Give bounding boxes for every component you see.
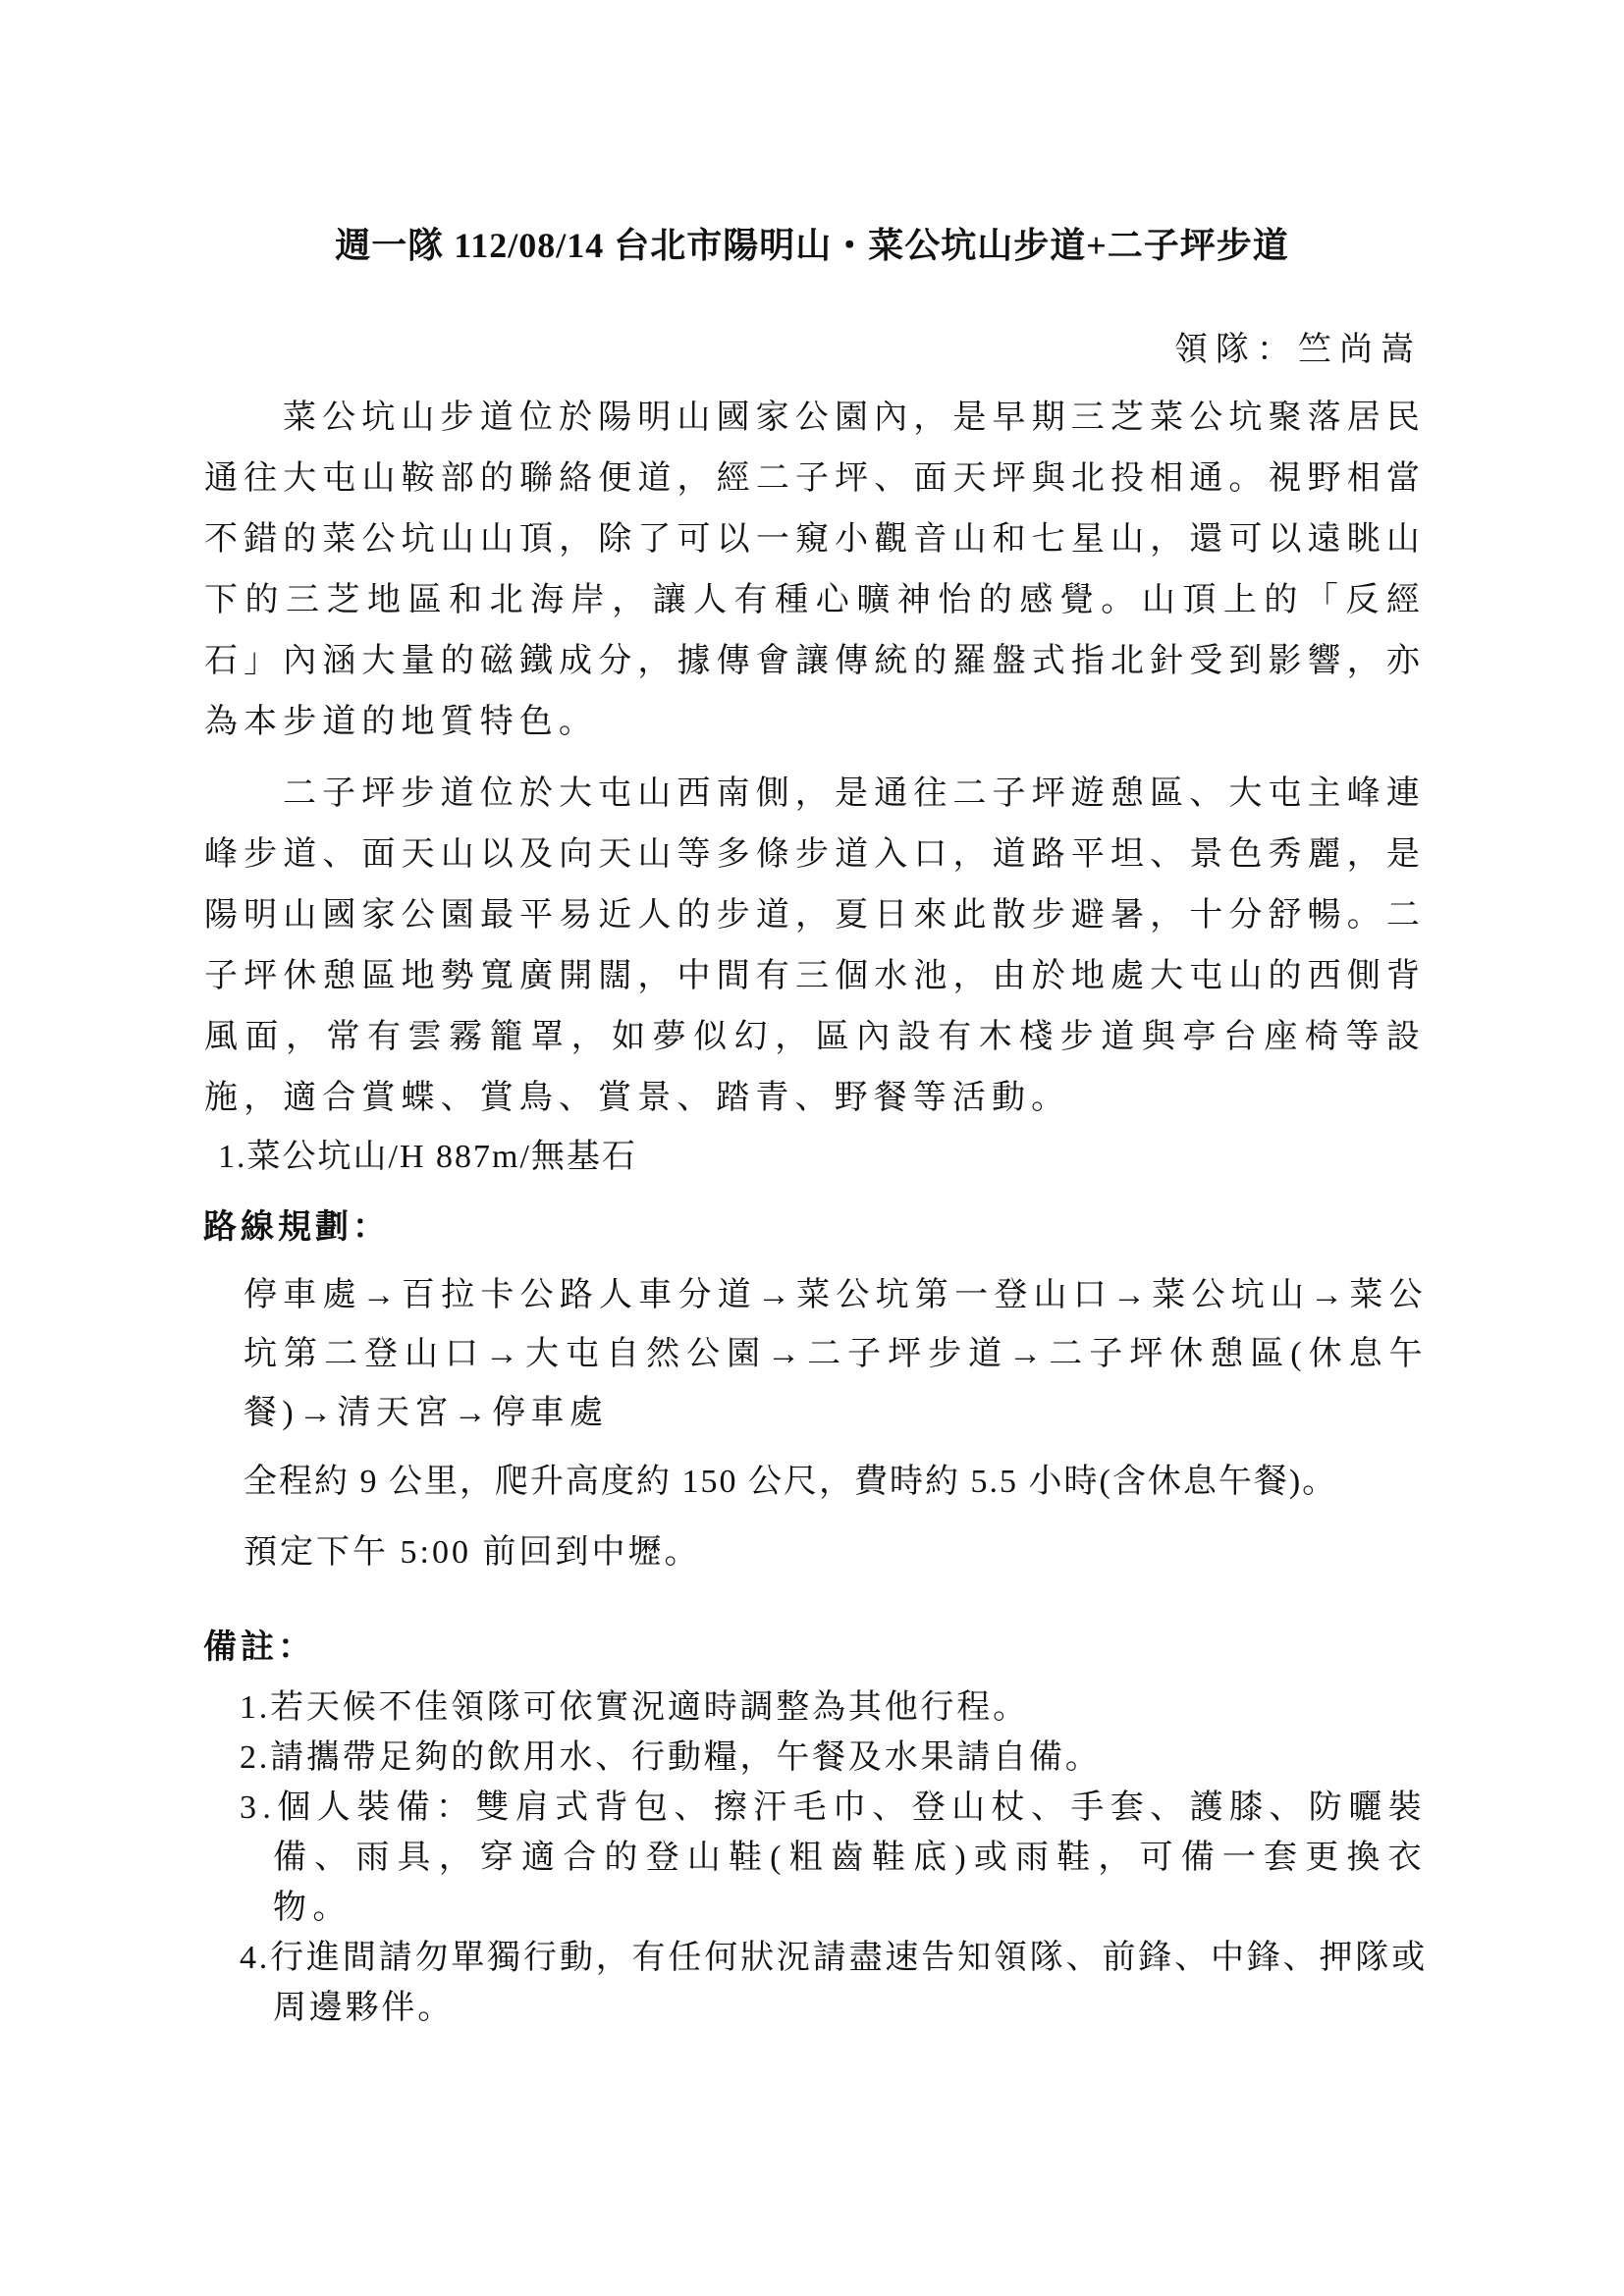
route-summary: 全程約 9 公里，爬升高度約 150 公尺，費時約 5.5 小時(含休息午餐)。 bbox=[244, 1453, 1428, 1512]
document-page: 週一隊 112/08/14 台北市陽明山・菜公坑山步道+二子坪步道 領隊：竺尚嵩… bbox=[0, 0, 1624, 2296]
route-path: 停車處→百拉卡公路人車分道→菜公坑第一登山口→菜公坑山→菜公坑第二登山口→大屯自… bbox=[244, 1266, 1428, 1443]
leader-line: 領隊：竺尚嵩 bbox=[1174, 322, 1422, 370]
document-title: 週一隊 112/08/14 台北市陽明山・菜公坑山步道+二子坪步道 bbox=[0, 218, 1624, 268]
note-item: 4.行進間請勿單獨行動，有任何狀況請盡速告知領隊、前鋒、中鋒、押隊或周邊夥伴。 bbox=[240, 1933, 1428, 2033]
note-item: 3.個人裝備：雙肩式背包、擦汗毛巾、登山杖、手套、護膝、防曬裝備、雨具，穿適合的… bbox=[240, 1783, 1428, 1933]
peak-info: 1.菜公坑山/H 887m/無基石 bbox=[218, 1129, 637, 1177]
notes-list: 1.若天候不佳領隊可依實況適時調整為其他行程。 2.請攜帶足夠的飲用水、行動糧，… bbox=[240, 1682, 1428, 2033]
intro-paragraph-caigongkeng: 菜公坑山步道位於陽明山國家公園內，是早期三芝菜公坑聚落居民通往大屯山鞍部的聯絡便… bbox=[204, 388, 1426, 753]
notes-heading: 備註： bbox=[203, 1620, 315, 1668]
route-heading: 路線規劃： bbox=[203, 1200, 390, 1248]
note-item: 2.請攜帶足夠的飲用水、行動糧，午餐及水果請自備。 bbox=[240, 1733, 1428, 1783]
intro-paragraph-erziping: 二子坪步道位於大屯山西南側，是通往二子坪遊憩區、大屯主峰連峰步道、面天山以及向天… bbox=[204, 764, 1426, 1129]
route-return-time: 預定下午 5:00 前回到中壢。 bbox=[244, 1523, 1428, 1582]
note-item: 1.若天候不佳領隊可依實況適時調整為其他行程。 bbox=[240, 1682, 1428, 1733]
